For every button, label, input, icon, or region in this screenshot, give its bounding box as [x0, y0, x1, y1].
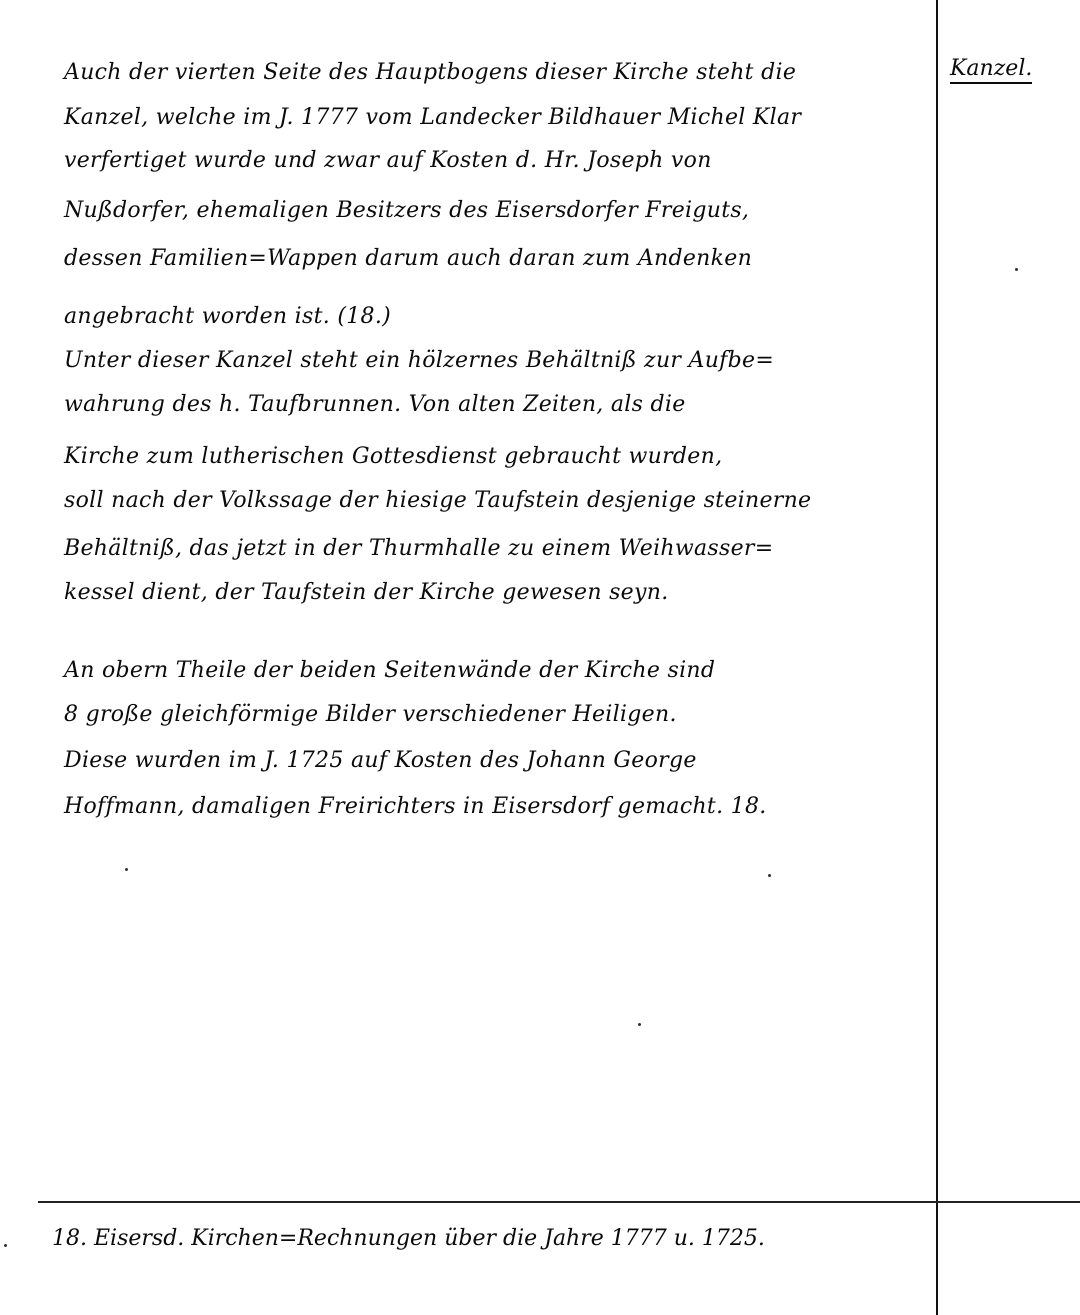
- text-line-2: Kanzel, welche im J. 1777 vom Landecker …: [64, 107, 801, 129]
- footnote-18: 18. Eisersd. Kirchen=Rechnungen über die…: [52, 1228, 765, 1250]
- text-line-1: Auch der vierten Seite des Hauptbogens d…: [64, 62, 796, 84]
- manuscript-page: Kanzel. Auch der vierten Seite des Haupt…: [0, 0, 1080, 1315]
- text-line-12: kessel dient, der Taufstein der Kirche g…: [64, 582, 669, 604]
- text-line-6: angebracht worden ist. (18.): [64, 306, 391, 328]
- margin-note-kanzel: Kanzel.: [950, 58, 1032, 84]
- text-line-9: Kirche zum lutherischen Gottesdienst geb…: [64, 446, 722, 468]
- ink-speck: [125, 868, 128, 871]
- margin-vertical-rule: [936, 0, 938, 1315]
- text-line-13: An obern Theile der beiden Seitenwände d…: [64, 660, 715, 682]
- text-line-8: wahrung des h. Taufbrunnen. Von alten Ze…: [64, 394, 686, 416]
- footnote-divider-rule: [38, 1201, 1080, 1203]
- text-line-5: dessen Familien=Wappen darum auch daran …: [64, 248, 752, 270]
- text-line-4: Nußdorfer, ehemaligen Besitzers des Eise…: [64, 200, 749, 222]
- text-line-11: Behältniß, das jetzt in der Thurmhalle z…: [64, 538, 774, 560]
- text-line-15: Diese wurden im J. 1725 auf Kosten des J…: [64, 750, 697, 772]
- ink-speck: [4, 1244, 7, 1247]
- ink-speck: [1015, 268, 1018, 271]
- text-line-3: verfertiget wurde und zwar auf Kosten d.…: [64, 150, 712, 172]
- text-line-7: Unter dieser Kanzel steht ein hölzernes …: [64, 350, 774, 372]
- text-line-16: Hoffmann, damaligen Freirichters in Eise…: [64, 796, 767, 818]
- text-line-14: 8 große gleichförmige Bilder verschieden…: [64, 704, 677, 726]
- text-line-10: soll nach der Volkssage der hiesige Tauf…: [64, 490, 811, 512]
- ink-speck: [768, 874, 771, 877]
- ink-speck: [638, 1023, 641, 1026]
